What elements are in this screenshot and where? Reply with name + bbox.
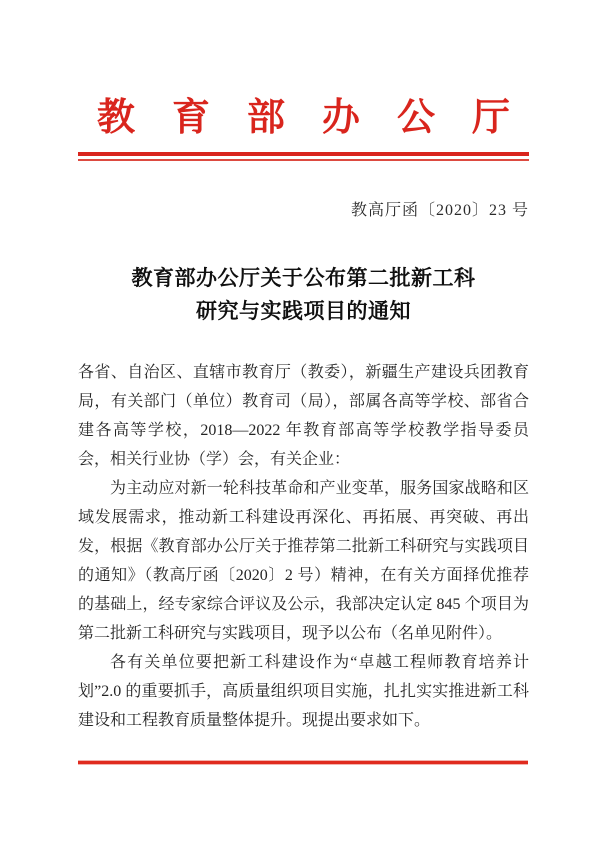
- body-text: 各省、自治区、直辖市教育厅（教委），新疆生产建设兵团教育局，有关部门（单位）教育…: [78, 358, 529, 735]
- doc-number: 教高厅函〔2020〕23 号: [78, 197, 529, 220]
- document-page: 教育部办公厅 教高厅函〔2020〕23 号 教育部办公厅关于公布第二批新工科 研…: [0, 0, 607, 859]
- notice-title: 教育部办公厅关于公布第二批新工科 研究与实践项目的通知: [0, 262, 607, 328]
- body-paragraph-announcement: 为主动应对新一轮科技革命和产业变革，服务国家战略和区域发展需求，推动新工科建设再…: [78, 474, 529, 648]
- bottom-red-rule: [78, 760, 528, 765]
- notice-title-line-1: 教育部办公厅关于公布第二批新工科: [0, 262, 607, 295]
- salutation-paragraph: 各省、自治区、直辖市教育厅（教委），新疆生产建设兵团教育局，有关部门（单位）教育…: [78, 358, 529, 474]
- letterhead-agency-name: 教育部办公厅: [0, 86, 607, 141]
- notice-title-line-2: 研究与实践项目的通知: [0, 295, 607, 328]
- letterhead-double-rule: [78, 152, 529, 156]
- body-paragraph-requirements: 各有关单位要把新工科建设作为“卓越工程师教育培养计划”2.0 的重要抓手，高质量…: [78, 648, 529, 735]
